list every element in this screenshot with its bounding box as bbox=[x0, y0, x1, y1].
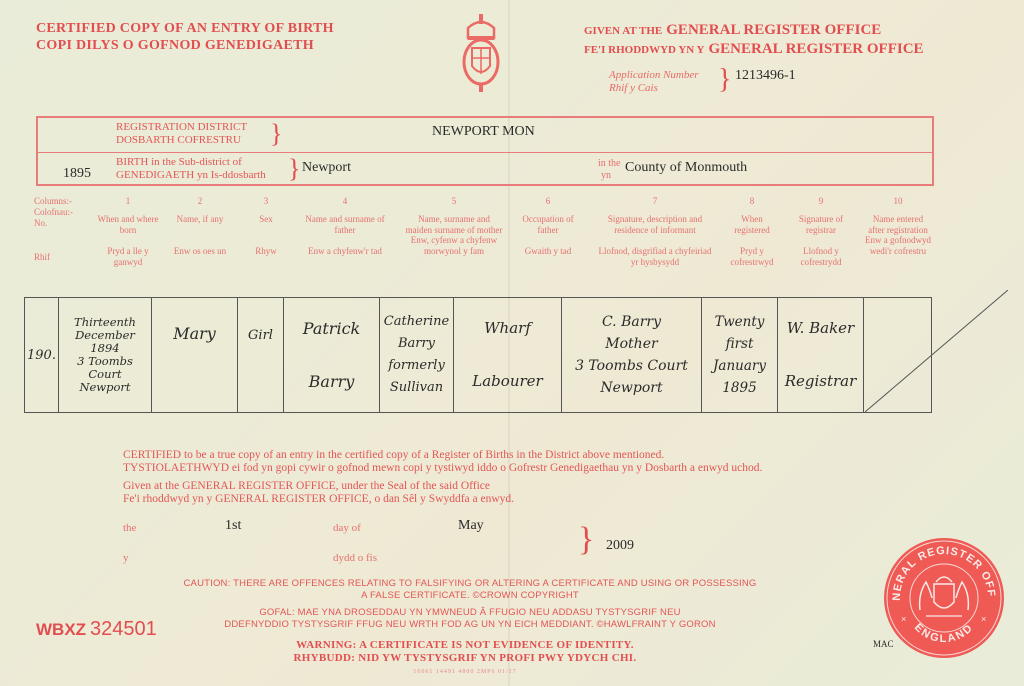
entry-father: Patrick Barry bbox=[284, 302, 379, 408]
subdistrict-label-cy: GENEDIGAETH yn Is-ddosbarth bbox=[116, 169, 266, 182]
column-label-cy: Pryd a lle y ganwyd bbox=[96, 246, 160, 268]
county-value: County of Monmouth bbox=[625, 160, 747, 176]
brace: } bbox=[578, 526, 594, 554]
registration-year: 1895 bbox=[63, 166, 91, 182]
column-header-7: 7 Signature, description and residence o… bbox=[596, 196, 714, 268]
district-label-en: REGISTRATION DISTRICT bbox=[116, 121, 247, 134]
district-label-cy: DOSBARTH COFRESTRU bbox=[116, 134, 247, 147]
column-header-8: 8 When registered Pryd y cofrestrwyd bbox=[728, 196, 776, 268]
entry-occupation: Wharf Labourer bbox=[454, 302, 561, 408]
divider bbox=[38, 152, 932, 153]
entry-line: Catherine bbox=[384, 311, 449, 333]
title-cy: COPI DILYS O GOFNOD GENEDIGAETH bbox=[36, 37, 334, 54]
column-label-cy: Llofnod, disgrifiad a chyfeiriad yr hysb… bbox=[596, 246, 714, 268]
county-label-cy: yn bbox=[598, 170, 621, 182]
entry-line: Twenty bbox=[715, 311, 765, 333]
svg-text:×: × bbox=[901, 614, 906, 624]
the-label: the bbox=[123, 522, 136, 534]
column-number: 1 bbox=[96, 196, 160, 207]
column-label-cy: Rhif bbox=[34, 252, 50, 263]
given-office-en: GENERAL REGISTER OFFICE bbox=[666, 22, 881, 38]
column-label-en: Name and surname of father bbox=[296, 214, 394, 236]
column-label-en: Name, surname and maiden surname of moth… bbox=[404, 214, 504, 236]
day-value: 1st bbox=[225, 518, 241, 534]
entry-when-registered: Twenty first January 1895 bbox=[702, 302, 777, 408]
brace: } bbox=[718, 66, 731, 94]
column-label-en: Signature, description and residence of … bbox=[596, 214, 714, 236]
column-label-cy: Enw a chyfenw'r tad bbox=[296, 246, 394, 257]
district-value: NEWPORT MON bbox=[432, 124, 535, 140]
warning-cy: RHYBUDD: NID YW TYSTYSGRIF YN PROFI PWY … bbox=[200, 652, 730, 665]
certification-line-en: CERTIFIED to be a true copy of an entry … bbox=[123, 449, 762, 462]
application-label-cy: Rhif y Cais bbox=[609, 82, 699, 95]
entry-line: Registrar bbox=[785, 374, 857, 389]
entry-line: formerly bbox=[388, 355, 445, 377]
column-label-en: Signature of registrar bbox=[788, 214, 854, 236]
certification-line-cy: TYSTIOLAETHWYD ei fod yn gopi cywir o go… bbox=[123, 462, 762, 475]
entry-line: Mother bbox=[605, 333, 657, 355]
registration-box: REGISTRATION DISTRICT DOSBARTH COFRESTRU… bbox=[36, 116, 934, 186]
month-value: May bbox=[458, 518, 484, 534]
caution-cy: GOFAL: MAE YNA DROSEDDAU YN YMWNEUD Â FF… bbox=[150, 607, 790, 631]
subdistrict-value: Newport bbox=[302, 160, 351, 176]
svg-text:GENERAL REGISTER OFFICE: GENERAL REGISTER OFFICE bbox=[884, 538, 997, 601]
entry-line: Newport bbox=[79, 381, 130, 394]
warning-block: WARNING: A CERTIFICATE IS NOT EVIDENCE O… bbox=[200, 639, 730, 665]
column-number: 6 bbox=[512, 196, 584, 207]
column-label-en: Sex bbox=[246, 214, 286, 225]
given-line-cy: Fe'i rhoddwyd yn y GENERAL REGISTER OFFI… bbox=[123, 493, 762, 506]
entry-line: C. Barry bbox=[602, 311, 661, 333]
caution-en-line: A FALSE CERTIFICATE. ©CROWN COPYRIGHT bbox=[150, 590, 790, 602]
certification-statement: CERTIFIED to be a true copy of an entry … bbox=[123, 449, 762, 506]
column-label-cy: Enw os oes un bbox=[166, 246, 234, 257]
entry-line: 1895 bbox=[722, 377, 756, 399]
entry-table: 190. Thirteenth December 1894 3 Toombs C… bbox=[24, 297, 932, 413]
column-header-2: 2 Name, if any Enw os oes un bbox=[166, 196, 234, 257]
title-block: CERTIFIED COPY OF AN ENTRY OF BIRTH COPI… bbox=[36, 20, 334, 54]
print-code: 16061 14491 4800 2MP6 01/17 bbox=[200, 669, 730, 675]
column-number: 7 bbox=[596, 196, 714, 207]
warning-en: WARNING: A CERTIFICATE IS NOT EVIDENCE O… bbox=[200, 639, 730, 652]
column-label-cy: Enw a gofnodwyd wedi'r cofrestru bbox=[864, 235, 932, 257]
column-header-6: 6 Occupation of father Gwaith y tad bbox=[512, 196, 584, 257]
entry-when-where: Thirteenth December 1894 3 Toombs Court … bbox=[59, 302, 151, 408]
entry-line: Barry bbox=[309, 374, 355, 389]
entry-informant: C. Barry Mother 3 Toombs Court Newport bbox=[562, 302, 701, 408]
year-value: 2009 bbox=[606, 538, 634, 554]
y-label: y bbox=[123, 552, 129, 564]
general-register-office-seal: GENERAL REGISTER OFFICE ENGLAND × × bbox=[884, 538, 1004, 658]
column-header-no: Columns:- Colofnau:- No. Rhif bbox=[34, 196, 70, 229]
given-at-block: GIVEN AT THE GENERAL REGISTER OFFICE FE'… bbox=[584, 21, 924, 59]
seal-icon: GENERAL REGISTER OFFICE ENGLAND × × bbox=[884, 538, 1004, 658]
entry-line: W. Baker bbox=[787, 321, 854, 336]
entry-line: Wharf bbox=[484, 321, 531, 336]
brace: } bbox=[270, 120, 282, 148]
column-label-cy: Gwaith y tad bbox=[512, 246, 584, 257]
subdistrict-label: BIRTH in the Sub-district of GENEDIGAETH… bbox=[116, 156, 266, 182]
county-label-en: in the bbox=[598, 158, 621, 170]
application-label-en: Application Number bbox=[609, 69, 699, 82]
svg-text:ENGLAND: ENGLAND bbox=[912, 621, 976, 645]
column-label-cy: Enw, cyfenw a chyfenw morwynol y fam bbox=[404, 235, 504, 257]
entry-mother: Catherine Barry formerly Sullivan bbox=[380, 302, 453, 408]
given-prefix-en: GIVEN AT THE bbox=[584, 25, 662, 37]
entry-line: first bbox=[726, 333, 754, 355]
column-number: 4 bbox=[296, 196, 394, 207]
entry-no: 190. bbox=[25, 302, 58, 408]
column-label-en: Occupation of father bbox=[512, 214, 584, 236]
entry-line: Newport bbox=[600, 377, 662, 399]
entry-line: Barry bbox=[398, 333, 435, 355]
column-header-9: 9 Signature of registrar Llofnod y cofre… bbox=[788, 196, 854, 268]
entry-line: 3 Toombs Court bbox=[575, 355, 688, 377]
caution-en-line: CAUTION: THERE ARE OFFENCES RELATING TO … bbox=[150, 578, 790, 590]
column-number: Columns:- Colofnau:- No. bbox=[34, 196, 70, 229]
column-label-cy: Pryd y cofrestrwyd bbox=[728, 246, 776, 268]
entry-line: January bbox=[713, 355, 766, 377]
entry-name: Mary bbox=[152, 302, 237, 408]
title-en: CERTIFIED COPY OF AN ENTRY OF BIRTH bbox=[36, 20, 334, 37]
serial-prefix: WBXZ bbox=[36, 620, 86, 639]
given-line-en: Given at the GENERAL REGISTER OFFICE, un… bbox=[123, 480, 762, 493]
caution-cy-line: GOFAL: MAE YNA DROSEDDAU YN YMWNEUD Â FF… bbox=[150, 607, 790, 619]
column-number: 10 bbox=[864, 196, 932, 207]
given-prefix-cy: FE'I RHODDWYD YN Y bbox=[584, 44, 705, 56]
initials: MAC bbox=[873, 639, 894, 649]
district-label: REGISTRATION DISTRICT DOSBARTH COFRESTRU bbox=[116, 121, 247, 147]
dydd-o-fis-label: dydd o fis bbox=[333, 552, 377, 564]
column-header-4: 4 Name and surname of father Enw a chyfe… bbox=[296, 196, 394, 257]
column-number: 3 bbox=[246, 196, 286, 207]
serial-number: WBXZ 324501 bbox=[36, 618, 157, 641]
application-number: 1213496-1 bbox=[735, 68, 796, 84]
column-label-en: Name, if any bbox=[166, 214, 234, 225]
column-label-en: When registered bbox=[728, 214, 776, 236]
caution-en: CAUTION: THERE ARE OFFENCES RELATING TO … bbox=[150, 578, 790, 602]
column-header-10: 10 Name entered after registration Enw a… bbox=[864, 196, 932, 257]
svg-text:×: × bbox=[981, 614, 986, 624]
column-header-1: 1 When and where born Pryd a lle y ganwy… bbox=[96, 196, 160, 268]
entry-registrar: W. Baker Registrar bbox=[778, 302, 863, 408]
application-label: Application Number Rhif y Cais bbox=[609, 69, 699, 95]
given-office-cy: GENERAL REGISTER OFFICE bbox=[709, 41, 924, 57]
brace: } bbox=[288, 155, 300, 183]
column-number: 8 bbox=[728, 196, 776, 207]
column-label-en: When and where born bbox=[96, 214, 160, 236]
day-of-label: day of bbox=[333, 522, 361, 534]
column-number: 5 bbox=[404, 196, 504, 207]
column-label-cy: Llofnod y cofrestrydd bbox=[788, 246, 854, 268]
subdistrict-label-en: BIRTH in the Sub-district of bbox=[116, 156, 266, 169]
diagonal-cancel-line bbox=[860, 290, 1010, 415]
entry-line: Patrick bbox=[303, 321, 360, 336]
entry-line: Sullivan bbox=[390, 377, 443, 399]
entry-line: Labourer bbox=[472, 374, 542, 389]
county-label: in the yn bbox=[598, 158, 621, 182]
royal-crest-icon bbox=[460, 14, 502, 94]
serial-digits: 324501 bbox=[90, 618, 157, 640]
entry-sex: Girl bbox=[238, 302, 283, 408]
caution-cy-line: DDEFNYDDIO TYSTYSGRIF FFUG NEU WRTH FOD … bbox=[150, 619, 790, 631]
column-label-en: Name entered after registration bbox=[864, 214, 932, 236]
column-header-3: 3 Sex Rhyw bbox=[246, 196, 286, 257]
column-number: 2 bbox=[166, 196, 234, 207]
column-label-cy: Rhyw bbox=[246, 246, 286, 257]
column-number: 9 bbox=[788, 196, 854, 207]
column-header-5: 5 Name, surname and maiden surname of mo… bbox=[404, 196, 504, 257]
